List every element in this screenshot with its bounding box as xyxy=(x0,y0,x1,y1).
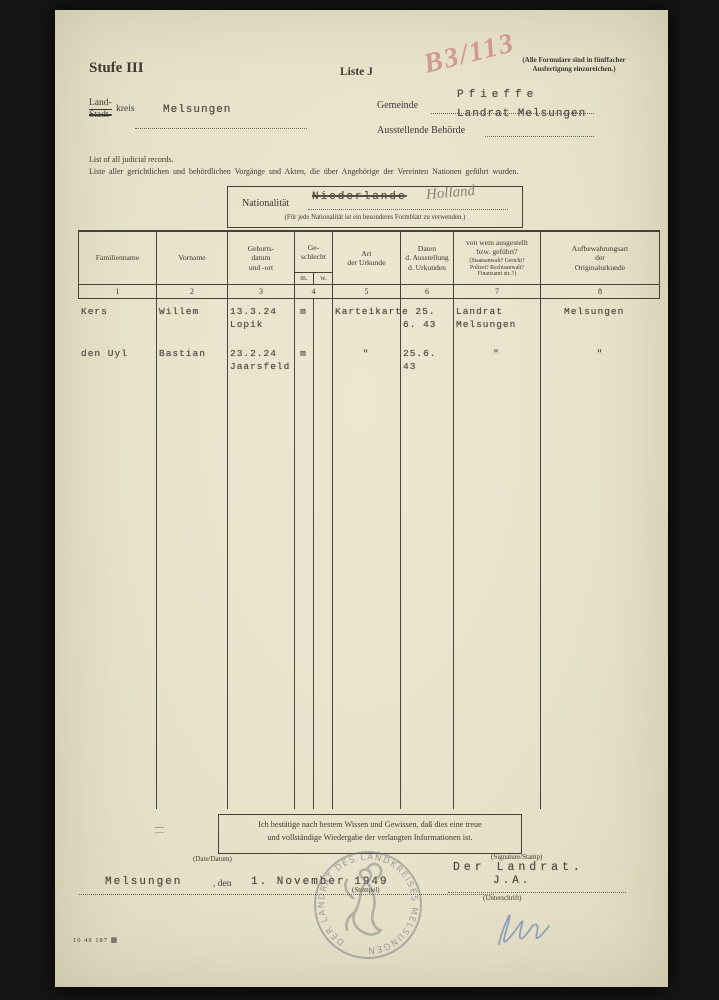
header-art-der-urkunde: Art der Urkunde xyxy=(333,232,401,284)
col-number: 5 xyxy=(333,285,401,298)
nationality-typed-value: Niederlande xyxy=(312,191,407,203)
column-rule xyxy=(227,299,228,809)
header-aufbewahrungsart: Aufbewahrungsart der Originalurkunde xyxy=(541,232,659,284)
land-label: Land- xyxy=(89,98,112,110)
kreis-label: kreis xyxy=(116,104,134,115)
cell-familienname: den Uyl xyxy=(78,347,156,374)
kreis-field: Land- Stadt- kreis xyxy=(89,98,135,122)
description-german: Liste aller gerichtlichen und behördlich… xyxy=(89,167,634,176)
behoerde-dotted-line xyxy=(485,128,594,137)
nationality-note: (Für jede Nationalität ist ein besondere… xyxy=(228,214,522,221)
header-von-wem: von wem ausgestellt bzw. geführt? (Staat… xyxy=(454,232,541,284)
table-header-row: Familienname Vorname Geburts- datum und … xyxy=(78,230,660,285)
col-number: 1 xyxy=(79,285,157,298)
print-code: 10 49 187 ▦ xyxy=(73,936,118,944)
cell-aufbewahrung: " xyxy=(540,347,660,374)
nationality-label: Nationalität xyxy=(242,198,289,209)
cell-w xyxy=(313,347,332,374)
document-page: Stufe III Liste J B3/113 (Alle Formulare… xyxy=(55,10,668,987)
cell-geburt: 13.3.24 Lopik xyxy=(227,305,294,332)
column-rule xyxy=(313,299,314,809)
col-number: 2 xyxy=(157,285,228,298)
header-geschlecht: Ge- schlecht m. w. xyxy=(295,232,333,284)
cell-geburt: 23.2.24 Jaarsfeld xyxy=(227,347,294,374)
stufe-heading: Stufe III xyxy=(89,60,144,77)
stadt-label: Stadt- xyxy=(89,110,112,121)
cell-vorname: Bastian xyxy=(156,347,227,374)
photo-background: Stufe III Liste J B3/113 (Alle Formulare… xyxy=(0,0,719,1000)
col-number: 6 xyxy=(401,285,454,298)
col-number: 3 xyxy=(228,285,295,298)
header-vorname: Vorname xyxy=(157,232,228,284)
ink-smudge xyxy=(155,827,164,833)
date-label: (Date/Datum) xyxy=(193,855,232,864)
nationality-box: Nationalität Niederlande Holland (Für je… xyxy=(227,186,523,228)
column-rule xyxy=(540,299,541,809)
column-rule xyxy=(294,299,295,809)
cell-m: m xyxy=(294,305,313,332)
table-row: den Uyl Bastian 23.2.24 Jaarsfeld m " 25… xyxy=(78,347,660,374)
printers-mark-icon: ▦ xyxy=(111,936,119,944)
cell-w xyxy=(313,305,332,332)
handwritten-signature xyxy=(487,898,587,958)
column-rule xyxy=(332,299,333,809)
col-number: 4 xyxy=(295,285,333,298)
lion-emblem xyxy=(345,864,381,935)
header-m: m. xyxy=(295,273,314,284)
header-w: w. xyxy=(314,273,333,284)
col-number: 8 xyxy=(541,285,659,298)
gemeinde-label: Gemeinde xyxy=(377,100,418,111)
table-row: Kers Willem 13.3.24 Lopik m Karteikarte … xyxy=(78,305,660,332)
table-number-row: 1 2 3 4 5 6 7 8 xyxy=(78,285,660,299)
cell-familienname: Kers xyxy=(78,305,156,332)
column-rule xyxy=(400,299,401,809)
cell-art: Karteikarte 25. xyxy=(332,305,400,332)
cell-von-wem: Landrat Melsungen xyxy=(453,305,540,332)
column-rule xyxy=(453,299,454,809)
kreis-value: Melsungen xyxy=(163,104,231,116)
cell-aufbewahrung: Melsungen xyxy=(540,305,660,332)
cell-art: " xyxy=(332,347,400,374)
cell-m: m xyxy=(294,347,313,374)
signed-title: Der Landrat. xyxy=(453,861,584,874)
behoerde-label: Ausstellende Behörde xyxy=(377,125,465,136)
copies-note: (Alle Formulare sind in fünffacher Ausfe… xyxy=(498,56,650,74)
header-geschlecht-mw: m. w. xyxy=(295,272,332,284)
header-von-wem-sub: (Staatsanwalt? Gericht? Polizei? Rechtsa… xyxy=(469,258,524,279)
header-geburtsdatum: Geburts- datum und -ort xyxy=(228,232,295,284)
cell-vorname: Willem xyxy=(156,305,227,332)
col-number: 7 xyxy=(454,285,541,298)
description-english: List of all judicial records. xyxy=(89,155,174,164)
records-table: Familienname Vorname Geburts- datum und … xyxy=(78,230,660,809)
cell-daten: 25.6. 43 xyxy=(400,347,453,374)
cell-daten: 6. 43 xyxy=(400,305,453,332)
gemeinde-value: Pfieffe xyxy=(457,89,538,101)
column-rule xyxy=(156,299,157,809)
table-body: Kers Willem 13.3.24 Lopik m Karteikarte … xyxy=(78,299,660,809)
cell-von-wem: " xyxy=(453,347,540,374)
kreis-dotted-line xyxy=(135,120,307,129)
header-daten: Daten d. Ausstellung d. Urkunden xyxy=(401,232,454,284)
landrat-round-stamp: DER LANDRAT DES LANDKREISES MELSUNGEN xyxy=(303,840,433,970)
liste-heading: Liste J xyxy=(340,66,373,78)
behoerde-value: Landrat Melsungen xyxy=(457,108,586,120)
header-familienname: Familienname xyxy=(79,232,157,284)
